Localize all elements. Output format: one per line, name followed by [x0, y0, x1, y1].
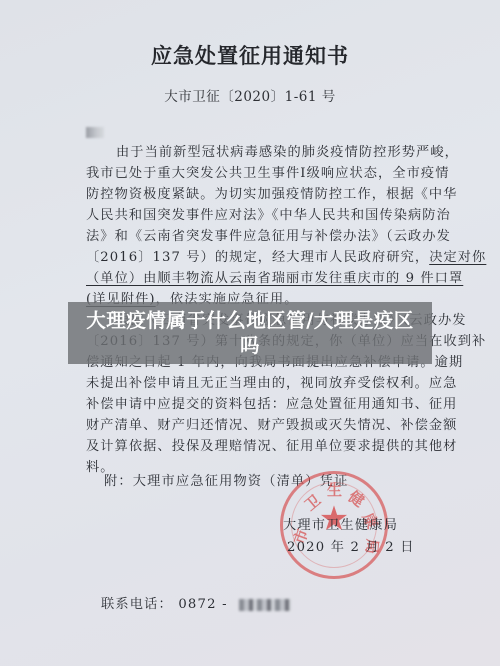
- body-line: 未提出补偿申请且无正当理由的，视同放弃受偿权利。应急: [86, 373, 434, 394]
- body-line: 补偿申请中应提交的资料包括：应急处置征用通知书、征用: [86, 394, 434, 415]
- body-line: 及计算依据、投保及理赔情况、征用单位要求提供的其他材: [86, 436, 434, 457]
- contact-label: 联系电话：: [101, 597, 173, 612]
- document-page: 应急处置征用通知书 大市卫征〔2020〕1-61 号 由于当前新型冠状病毒感染的…: [0, 0, 500, 666]
- body-line: 人民共和国突发事件应对法》《中华人民共和国传染病防治: [86, 205, 434, 226]
- body-line: 我市已处于重大突发公共卫生事件Ⅰ级响应状态，全市疫情: [86, 163, 434, 184]
- body-line: 法》和《云南省突发事件应急征用与补偿办法》（云政办发: [86, 226, 434, 247]
- document-number: 大市卫征〔2020〕1-61 号: [0, 85, 500, 105]
- body-line: 〔2016〕137 号）的规定，经大理市人民政府研究，决定对你: [86, 247, 434, 268]
- issuing-authority: 大理市卫生健康局: [283, 514, 398, 533]
- body-line: 财产清单、财产归还情况、财产毁损或灭失情况、补偿金额: [86, 415, 434, 436]
- underlined-decision: （单位）由顺丰物流从云南省瑞丽市发往重庆市的 9 件口罩: [86, 271, 463, 286]
- body-line: 防控物资极度紧缺。为切实加强疫情防控工作，根据《中华: [86, 184, 434, 205]
- document-title: 应急处置征用通知书: [0, 40, 500, 70]
- contact-phone: 联系电话： 0872 -: [101, 593, 291, 612]
- body-line: 由于当前新型冠状病毒感染的肺炎疫情防控形势严峻，: [86, 142, 434, 163]
- issue-date: 2020 年 2 月 2 日: [287, 536, 415, 555]
- redacted-recipient: [86, 127, 104, 138]
- body-line: （单位）由顺丰物流从云南省瑞丽市发往重庆市的 9 件口罩: [86, 268, 434, 289]
- caption-overlay: 大理疫情属于什么地区管/大理是疫区吗: [68, 302, 432, 364]
- contact-phone-prefix: 0872 -: [178, 597, 227, 612]
- underlined-decision: 决定对你: [429, 250, 486, 265]
- redacted-phone-number: [239, 599, 291, 611]
- caption-text: 大理疫情属于什么地区管/大理是疫区吗: [68, 308, 432, 358]
